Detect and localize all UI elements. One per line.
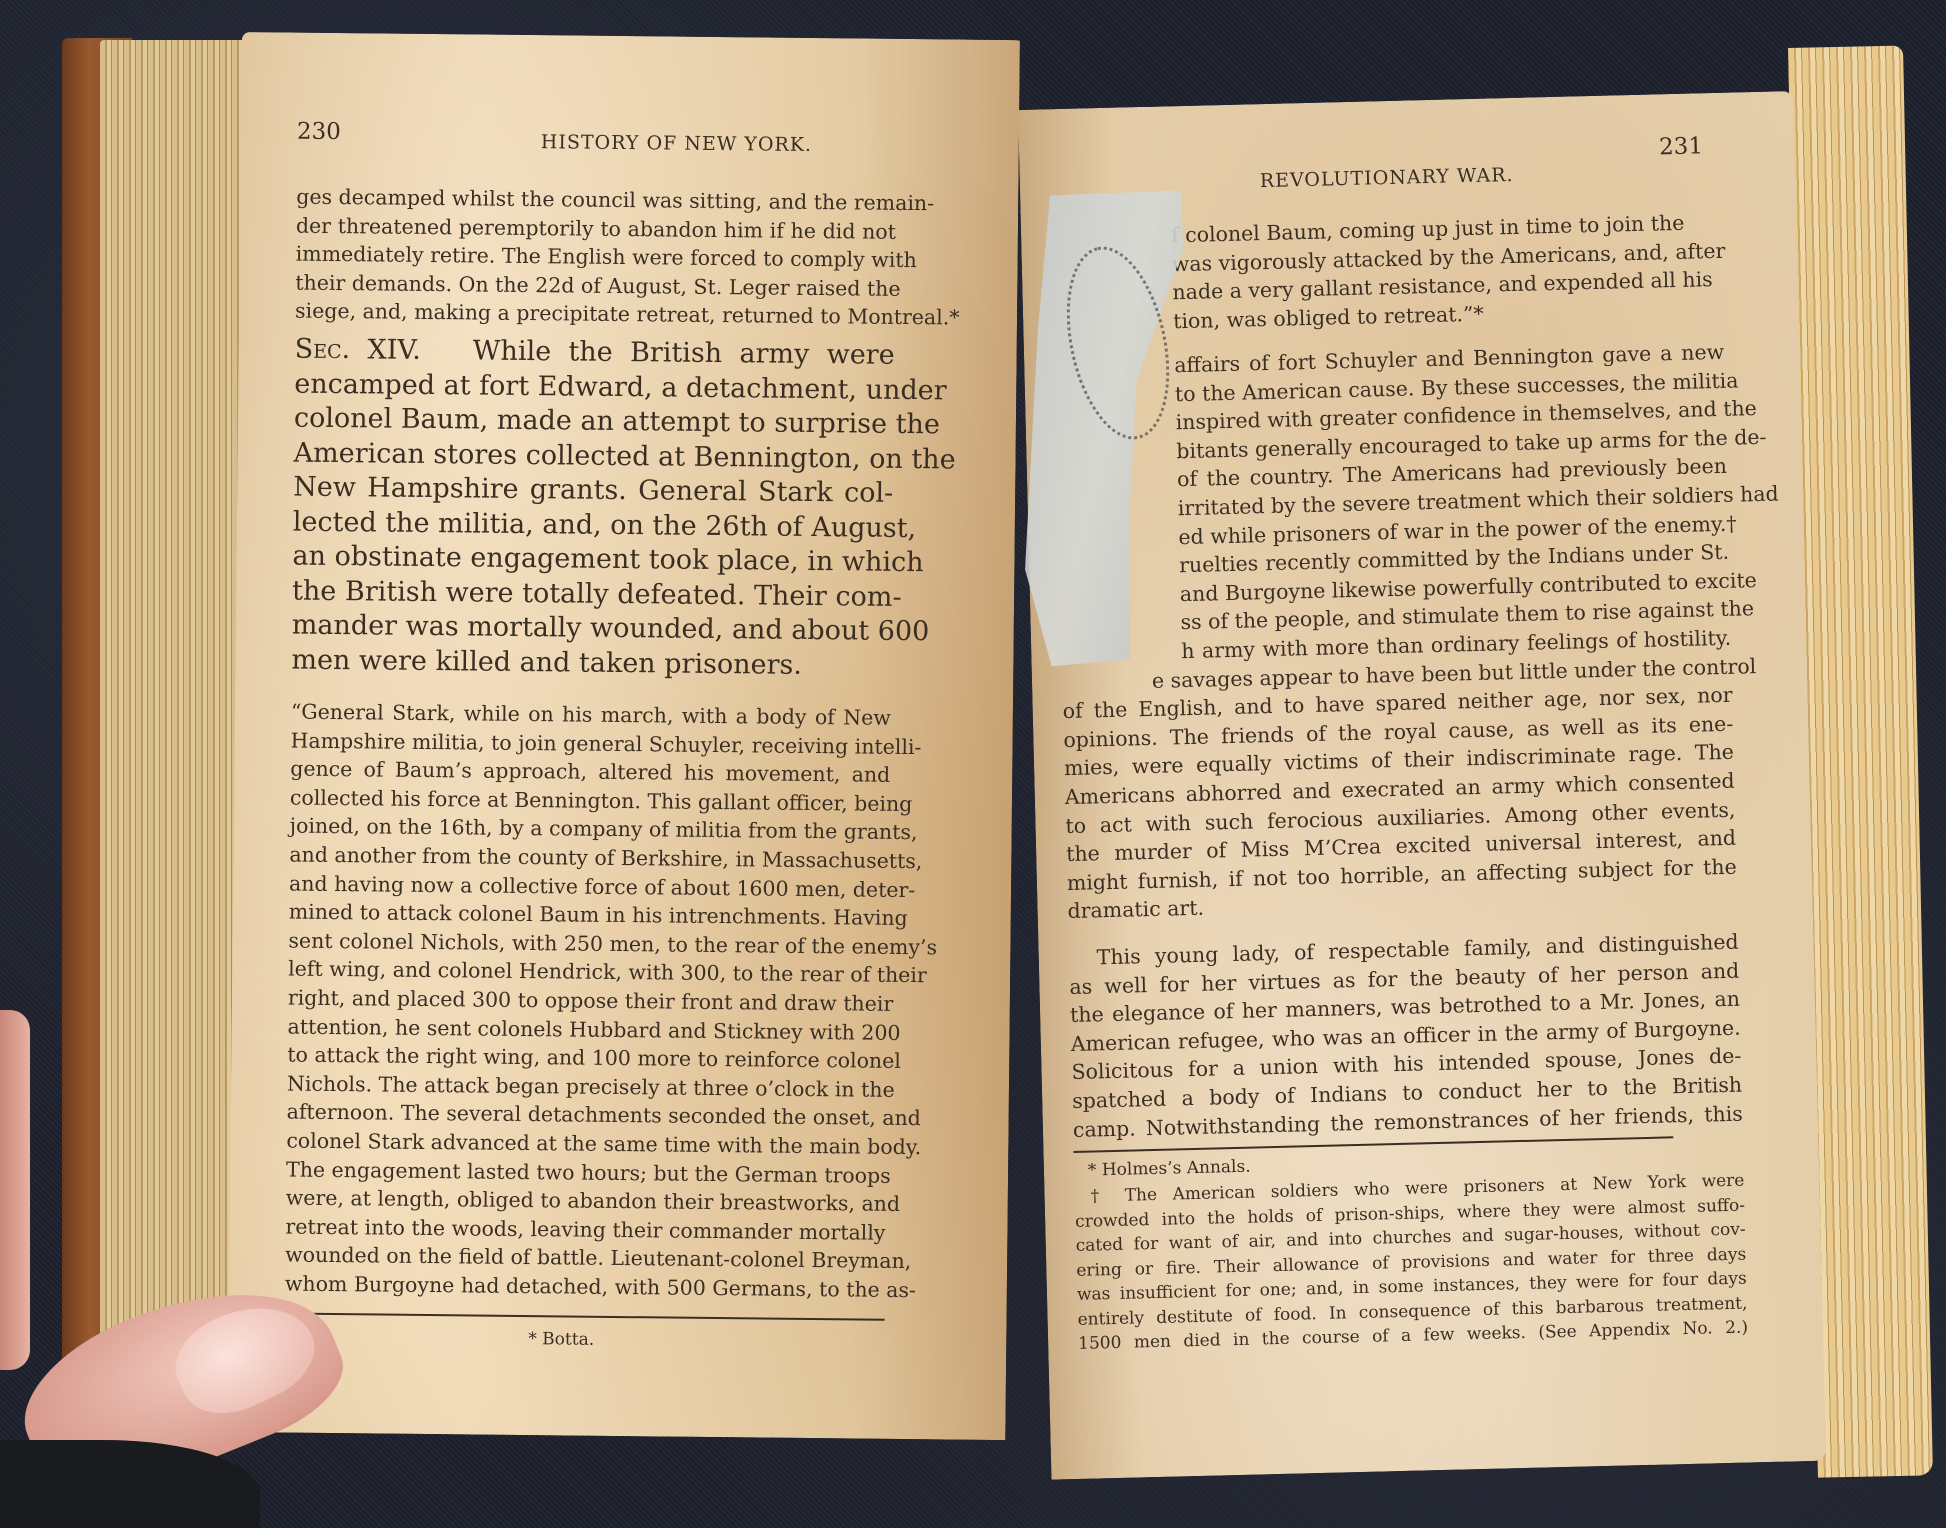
footnote-holmes: * Holmes’s Annals. [1088, 1155, 1251, 1183]
paragraph-affairs: affairs of fort Schuyler and Bennington … [1054, 338, 1738, 926]
text-line: colonel Baum, made an attempt to surpris… [294, 402, 894, 443]
left-page: 230 HISTORY OF NEW YORK. ges decamped wh… [227, 32, 1020, 1440]
text-line: While the British army were [473, 335, 895, 370]
section-label: Sec. XIV. [295, 334, 421, 366]
page-number: 231 [1659, 133, 1704, 160]
quotation-block: “General Stark, while on his march, with… [285, 698, 891, 1305]
text-line: mander was mortally wounded, and about 6… [292, 609, 892, 650]
text-line: New Hampshire grants. General Stark col- [293, 471, 893, 512]
text-line: an obstinate engagement took place, in w… [292, 540, 892, 581]
paragraph-continuation: ges decamped whilst the council was sitt… [295, 183, 896, 332]
text-line: whom Burgoyne had detached, with 500 Ger… [285, 1269, 885, 1304]
text-line: siege, and, making a precipitate retreat… [295, 297, 895, 332]
text-line: men were killed and taken prisoners. [291, 643, 891, 684]
paragraph-miss-mcrea: This young lady, of respectable family, … [1068, 928, 1743, 1144]
running-head: HISTORY OF NEW YORK. [541, 131, 812, 156]
footnote: * Botta. [528, 1327, 594, 1352]
finger [0, 1010, 30, 1370]
running-head: REVOLUTIONARY WAR. [1260, 164, 1514, 192]
section-xiv-paragraph: Sec. XIV. While the British army were en… [291, 333, 895, 684]
footnote-prisoners: † The American soldiers who were prisone… [1074, 1169, 1748, 1357]
page-edges-left [100, 40, 250, 1405]
page-number: 230 [297, 119, 341, 145]
footnote-rule [285, 1313, 885, 1321]
